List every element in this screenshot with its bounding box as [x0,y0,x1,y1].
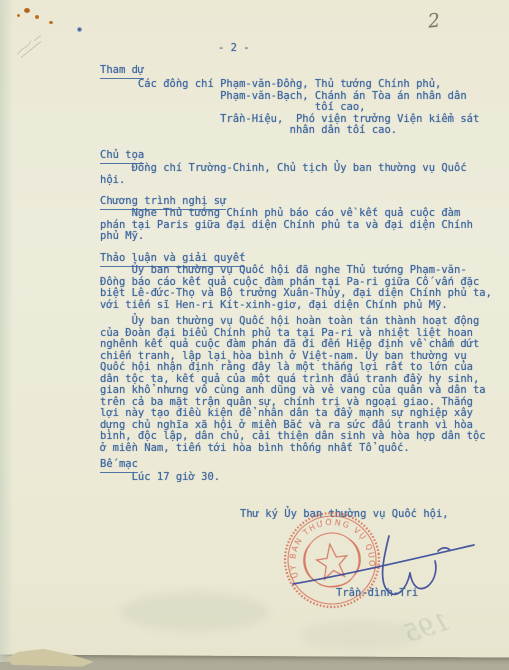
section-body-chuong-trinh: Nghe Thủ tướng Chính phủ báo cáo về kết … [100,208,473,243]
section-body-thao-luan-p1: Ủy ban thường vụ Quốc hội đã nghe Thủ tư… [100,265,492,311]
section-body-tham-du: Các đồng chí Phạm-văn-Đồng, Thủ tướng Ch… [100,79,479,137]
typewritten-text-layer: 2 - 2 - Tham dự Các đồng chí Phạm-văn-Đồ… [0,0,509,670]
scanned-document: 195 2 - 2 - Tham dự Các đồng chí Phạm-vă… [0,0,509,670]
handwritten-page-number: 2 [427,9,441,32]
section-body-be-mac: Lúc 17 giờ 30. [100,472,220,484]
page-number-header: - 2 - [218,43,250,55]
section-body-thao-luan-p2: Ủy ban thường vụ Quốc hội hoàn toàn tán … [100,316,486,454]
section-body-chu-toa: Đồng chí Trường-Chinh, Chủ tịch Ủy ban t… [100,163,467,186]
signer-name: Trần-đình-Tri [336,588,418,600]
section-heading-tham-du: Tham dự [100,65,144,79]
